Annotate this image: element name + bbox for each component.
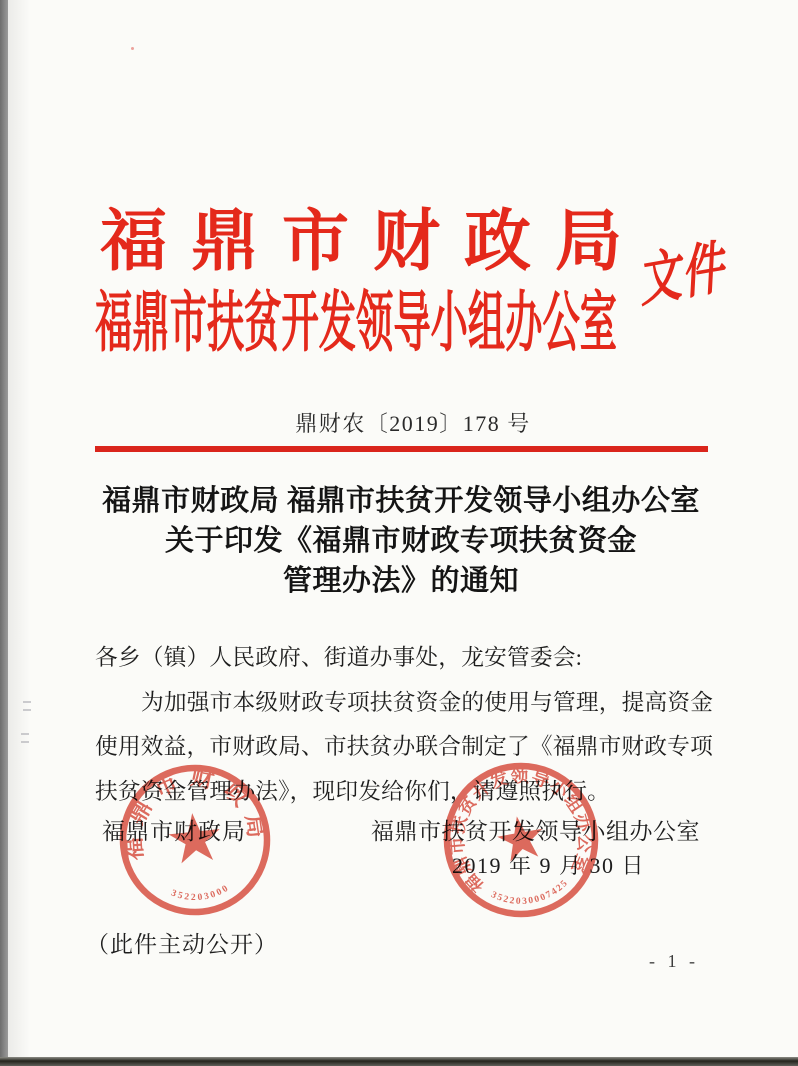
official-seal-left: 福鼎市财政局 352203000 — [105, 750, 285, 930]
svg-text:352203000: 352203000 — [169, 882, 233, 906]
masthead-org-line1: 福鼎市财政局 — [100, 209, 646, 276]
title-line-3: 管理办法》的通知 — [36, 561, 766, 601]
scan-edge-left — [0, 0, 8, 1066]
salutation-line: 各乡（镇）人民政府、街道办事处，龙安管委会: — [95, 636, 715, 681]
red-divider-rule — [95, 446, 708, 452]
disclosure-note: （此件主动公开） — [86, 926, 278, 959]
masthead-doc-word: 文件 — [640, 238, 729, 312]
page-number: - 1 - — [649, 951, 699, 972]
title-line-2: 关于印发《福鼎市财政专项扶贫资金 — [36, 521, 766, 561]
scanned-document-page: 福鼎市财政局 福鼎市扶贫开发领导小组办公室 文件 鼎财农〔2019〕178 号 … — [0, 0, 798, 1066]
star-icon — [494, 812, 547, 863]
paper-shadow — [8, 0, 30, 1066]
document-title: 福鼎市财政局 福鼎市扶贫开发领导小组办公室 关于印发《福鼎市财政专项扶贫资金 管… — [36, 481, 766, 601]
official-seal-right: 福鼎市扶贫开发领导小组办公室 3522030007425 — [429, 748, 613, 932]
masthead-org-line2: 福鼎市扶贫开发领导小组办公室 — [95, 291, 617, 357]
seal-code: 3522030007425 — [488, 877, 573, 913]
scan-edge-bottom — [0, 1057, 798, 1066]
title-line-1: 福鼎市财政局 福鼎市扶贫开发领导小组办公室 — [36, 481, 766, 521]
document-number: 鼎财农〔2019〕178 号 — [14, 407, 798, 438]
paragraph-line: 为加强市本级财政专项扶贫资金的使用与管理，提高资金 — [95, 681, 715, 726]
svg-text:3522030007425: 3522030007425 — [488, 877, 573, 913]
scan-artifact — [131, 47, 134, 50]
scan-artifact — [21, 733, 29, 743]
star-icon — [167, 810, 223, 864]
scan-artifact — [23, 701, 31, 711]
seal-code: 352203000 — [169, 882, 233, 906]
